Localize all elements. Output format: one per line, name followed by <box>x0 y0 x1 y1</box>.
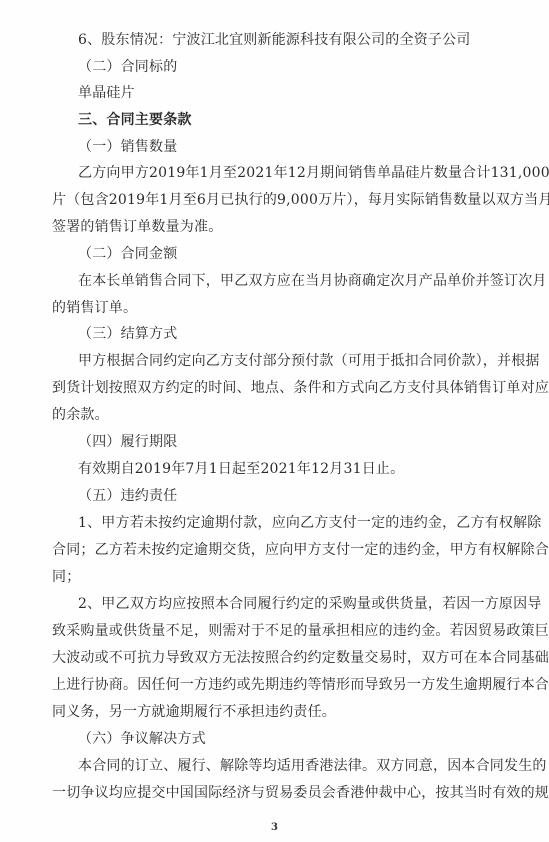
text-line: 同； <box>52 568 502 586</box>
text-line: 1、甲方若未按约定逾期付款，应向乙方支付一定的违约金，乙方有权解除 <box>78 514 498 532</box>
document-page: 6、股东情况：宁波江北宜则新能源科技有限公司的全资子公司（二）合同标的单晶硅片三… <box>0 0 549 842</box>
text-line: 在本长单销售合同下，甲乙双方应在当月协商确定次月产品单价并签订次月 <box>78 272 498 290</box>
text-line: （二）合同标的 <box>78 58 528 76</box>
text-line: 2、甲乙双方均应按照本合同履行约定的采购量或供货量，若因一方原因导 <box>78 595 498 613</box>
text-line: 到货计划按照双方约定的时间、地点、条件和方式向乙方支付具体销售订单对应 <box>52 379 498 397</box>
text-line: 片（包含2019年1月至6月已执行的9,000万片），每月实际销售数量以双方当月 <box>52 191 498 209</box>
text-line: （一）销售数量 <box>78 138 528 156</box>
text-line: 的余款。 <box>52 406 502 424</box>
text-line: 致采购量或供货量不足，则需对于不足的量承担相应的违约金。若因贸易政策巨 <box>52 622 498 640</box>
text-line: 乙方向甲方2019年1月至2021年12月期间销售单晶硅片数量合计131,000… <box>78 164 498 182</box>
text-line: 的销售订单。 <box>52 299 502 317</box>
text-line: 签署的销售订单数量为准。 <box>52 218 502 236</box>
text-line: （六）争议解决方式 <box>78 730 528 748</box>
text-line: 有效期自2019年7月1日起至2021年12月31日止。 <box>78 460 528 478</box>
text-line: 6、股东情况：宁波江北宜则新能源科技有限公司的全资子公司 <box>78 31 528 49</box>
text-line: （三）结算方式 <box>78 325 528 343</box>
text-line: 上进行协商。因任何一方违约或先期违约等情形而导致另一方发生逾期履行本合 <box>52 676 498 694</box>
section-heading: 三、合同主要条款 <box>78 111 528 129</box>
text-line: 大波动或不可抗力导致双方无法按照合约约定数量交易时，双方可在本合同基础 <box>52 649 498 667</box>
text-line: 一切争议均应提交中国国际经济与贸易委员会香港仲裁中心，按其当时有效的规 <box>52 784 498 802</box>
text-line: （四）履行期限 <box>78 433 528 451</box>
text-line: （五）违约责任 <box>78 487 528 505</box>
page-number: 3 <box>0 822 549 833</box>
text-line: 合同；乙方若未按约定逾期交货，应向甲方支付一定的违约金，甲方有权解除合 <box>52 541 498 559</box>
text-line: 甲方根据合同约定向乙方支付部分预付款（可用于抵扣合同价款），并根据 <box>78 352 498 370</box>
text-line: （二）合同金额 <box>78 245 528 263</box>
text-line: 本合同的订立、履行、解除等均适用香港法律。双方同意，因本合同发生的 <box>78 757 498 775</box>
text-line: 单晶硅片 <box>78 84 528 102</box>
text-line: 同义务，另一方就逾期履行不承担违约责任。 <box>52 703 502 721</box>
